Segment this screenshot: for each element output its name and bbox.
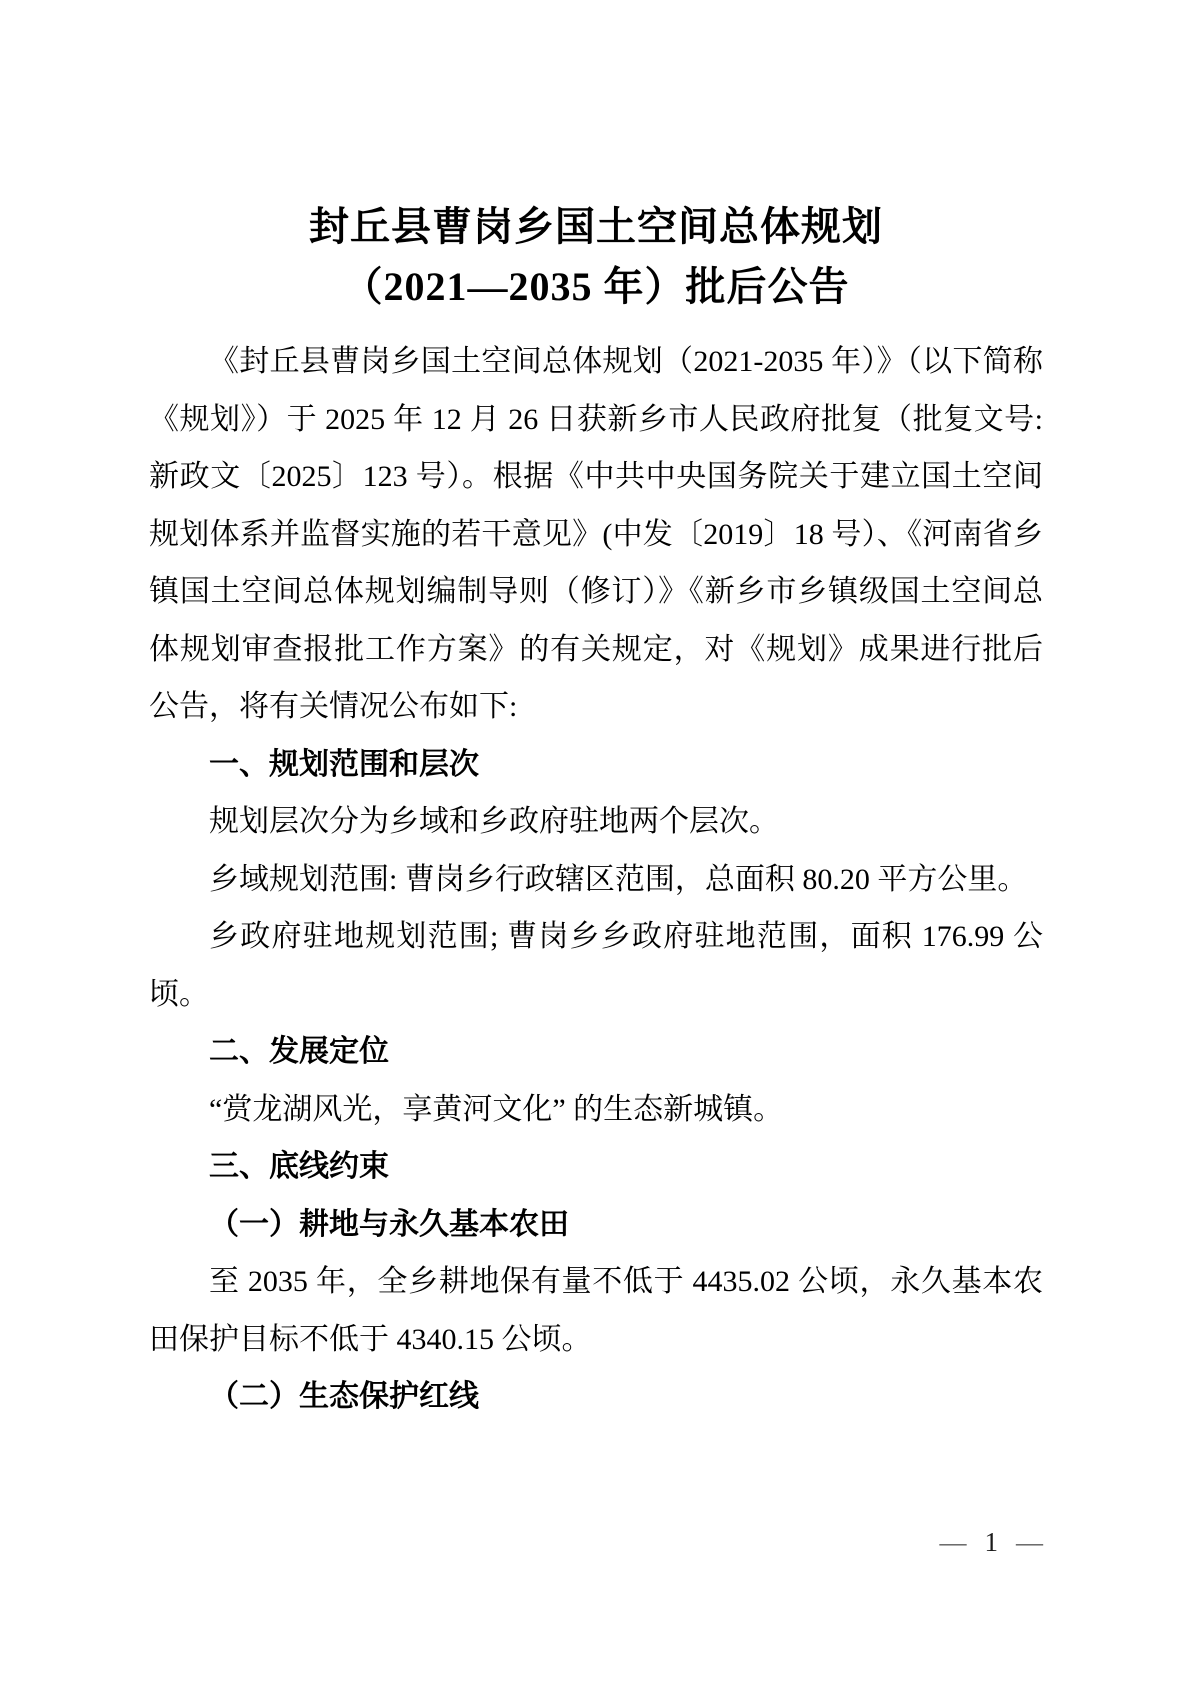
subsection-heading-ecological: （二）生态保护红线	[149, 1368, 1043, 1426]
paragraph-seat-scope: 乡政府驻地规划范围; 曹岗乡乡政府驻地范围，面积 176.99 公顷。	[149, 908, 1043, 1023]
document-title-line-1: 封丘县曹岗乡国土空间总体规划	[149, 197, 1043, 257]
section-heading-3: 三、底线约束	[149, 1138, 1043, 1196]
page-number-dash-left: —	[940, 1527, 967, 1557]
document-title-line-2: （2021—2035 年）批后公告	[149, 257, 1043, 317]
paragraph-township-scope: 乡域规划范围: 曹岗乡行政辖区范围，总面积 80.20 平方公里。	[149, 851, 1043, 909]
paragraph-farmland-targets: 至 2035 年，全乡耕地保有量不低于 4435.02 公顷，永久基本农田保护目…	[149, 1253, 1043, 1368]
section-heading-1: 一、规划范围和层次	[149, 736, 1043, 794]
subsection-heading-farmland: （一）耕地与永久基本农田	[149, 1196, 1043, 1254]
section-heading-2: 二、发展定位	[149, 1023, 1043, 1081]
document-content: 封丘县曹岗乡国土空间总体规划 （2021—2035 年）批后公告 《封丘县曹岗乡…	[149, 197, 1043, 1426]
document-body: 《封丘县曹岗乡国土空间总体规划（2021-2035 年）》（以下简称《规划》）于…	[149, 333, 1043, 1426]
page-number-dash-right: —	[1016, 1527, 1043, 1557]
intro-paragraph: 《封丘县曹岗乡国土空间总体规划（2021-2035 年）》（以下简称《规划》）于…	[149, 333, 1043, 736]
document-page: 封丘县曹岗乡国土空间总体规划 （2021—2035 年）批后公告 《封丘县曹岗乡…	[0, 0, 1190, 1683]
paragraph-plan-levels: 规划层次分为乡域和乡政府驻地两个层次。	[149, 793, 1043, 851]
document-title: 封丘县曹岗乡国土空间总体规划 （2021—2035 年）批后公告	[149, 197, 1043, 317]
page-number: —1—	[940, 1527, 1044, 1557]
page-number-value: 1	[985, 1527, 999, 1557]
paragraph-positioning: “赏龙湖风光，享黄河文化” 的生态新城镇。	[149, 1081, 1043, 1139]
